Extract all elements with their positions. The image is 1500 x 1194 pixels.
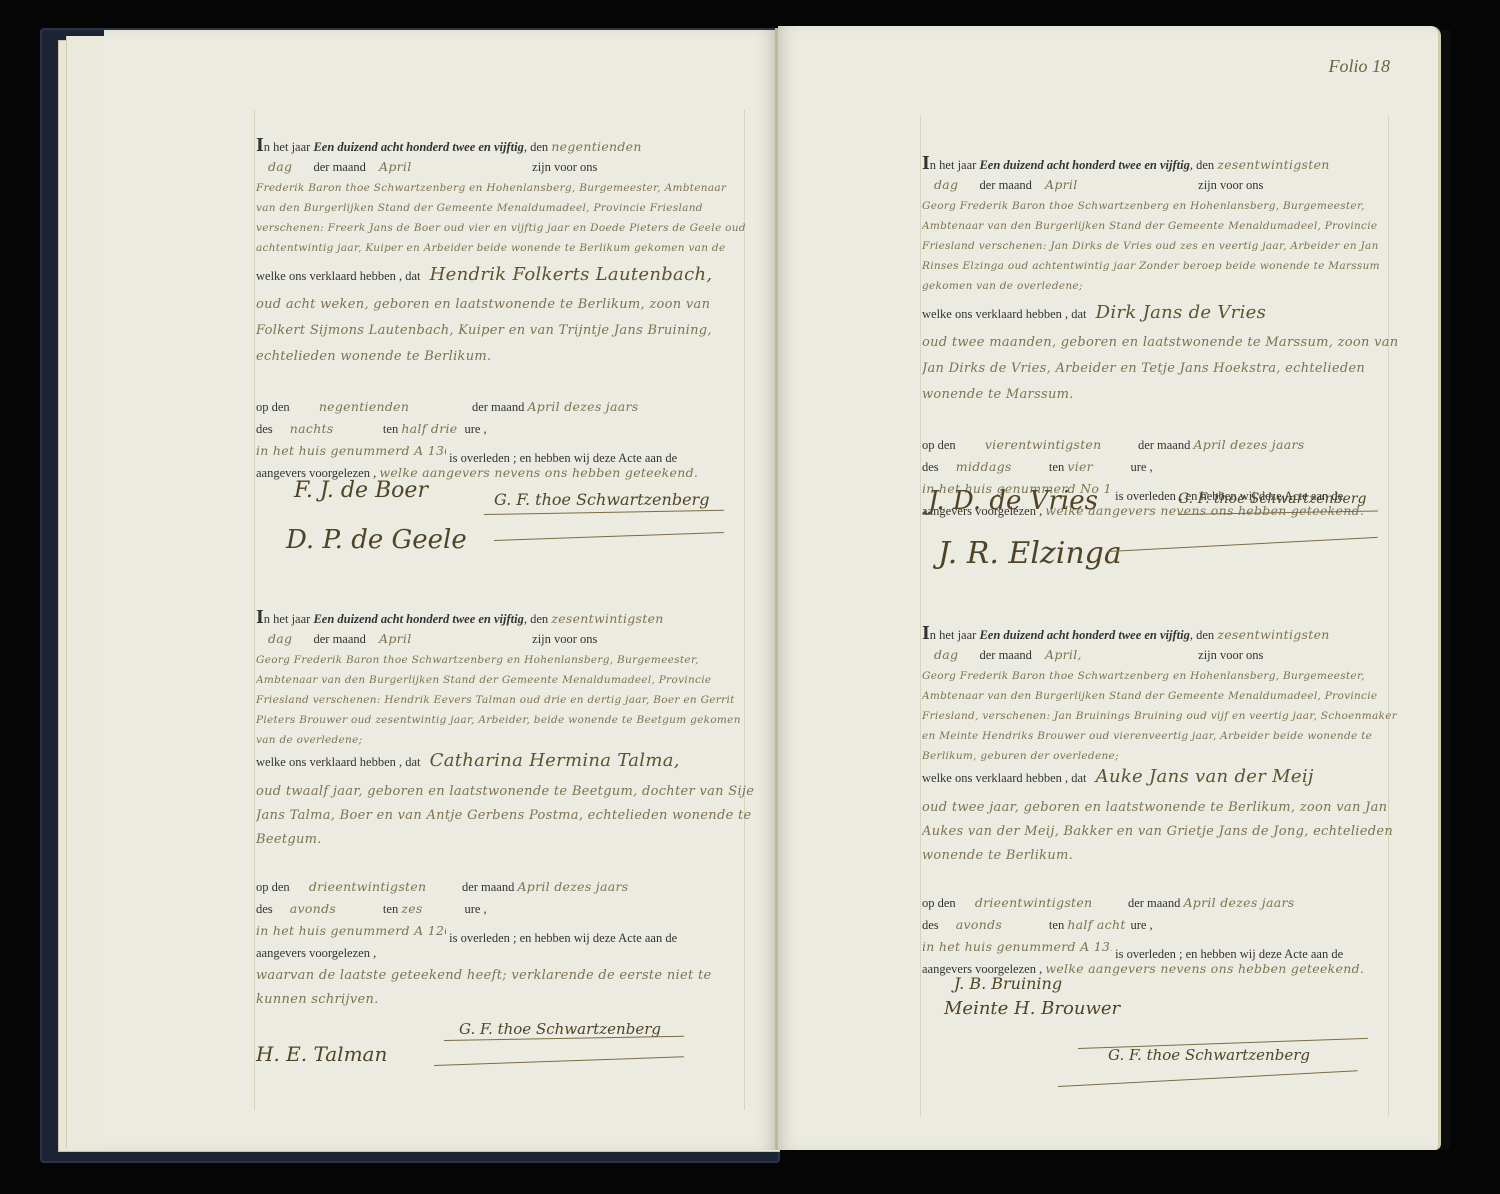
handwritten-hour: zes bbox=[401, 898, 461, 920]
handwritten-death-month: April dezes jaars bbox=[1183, 895, 1294, 910]
form-label: ure , bbox=[464, 422, 486, 436]
handwritten-death-day: drieentwintigsten bbox=[975, 892, 1125, 914]
form-label: der maand bbox=[979, 178, 1031, 192]
handwritten-official-and-declarants: Georg Frederik Baron thoe Schwartzenberg… bbox=[256, 650, 746, 750]
handwritten-hour: half acht bbox=[1067, 914, 1127, 936]
handwritten-dag: dag bbox=[934, 647, 958, 662]
form-label: op den bbox=[922, 896, 956, 910]
form-label: welke ons verklaard hebben , dat bbox=[922, 771, 1087, 785]
right-page: Folio 18 In het jaar Een duizend acht ho… bbox=[778, 26, 1441, 1150]
handwritten-deceased-name: Auke Jans van der Meij bbox=[1096, 766, 1314, 787]
signature-flourish bbox=[1058, 1070, 1358, 1087]
handwritten-time-of-day: middags bbox=[956, 456, 1046, 478]
handwritten-death-month: April dezes jaars bbox=[1193, 437, 1304, 452]
handwritten-time-of-day: avonds bbox=[956, 914, 1046, 936]
handwritten-month: April bbox=[1045, 174, 1195, 196]
official-signature: G. F. thoe Schwartzenberg bbox=[459, 1020, 661, 1038]
signature: H. E. Talman bbox=[256, 1042, 387, 1066]
form-label: des bbox=[256, 902, 273, 916]
handwritten-deceased-name: Hendrik Folkerts Lautenbach, bbox=[430, 264, 713, 285]
death-record-entry: In het jaar Een duizend acht honderd twe… bbox=[922, 152, 1422, 522]
signature: Meinte H. Brouwer bbox=[944, 998, 1120, 1019]
form-label: op den bbox=[256, 880, 290, 894]
form-label: ten bbox=[383, 422, 398, 436]
death-record-entry: In het jaar Een duizend acht honderd twe… bbox=[922, 622, 1422, 980]
signature: J. D. de Vries bbox=[928, 486, 1098, 516]
handwritten-death-day: drieentwintigsten bbox=[309, 876, 459, 898]
form-label: der maand bbox=[462, 880, 514, 894]
form-label: op den bbox=[922, 438, 956, 452]
signature-flourish bbox=[484, 510, 724, 515]
handwritten-deceased-details: oud twee jaar, geboren en laatstwonende … bbox=[922, 796, 1422, 892]
margin-rule bbox=[920, 116, 921, 1116]
handwritten-deceased-name: Dirk Jans de Vries bbox=[1096, 302, 1266, 323]
form-label: aangevers voorgelezen , bbox=[256, 946, 376, 960]
handwritten-month: April bbox=[379, 156, 529, 178]
handwritten-death-day: negentienden bbox=[319, 396, 469, 418]
form-label: op den bbox=[256, 400, 290, 414]
form-label: zijn voor ons bbox=[1198, 648, 1263, 662]
handwritten-month: April bbox=[379, 628, 529, 650]
form-label: der maand bbox=[313, 632, 365, 646]
handwritten-deceased-name: Catharina Hermina Talma, bbox=[430, 750, 680, 771]
handwritten-deceased-details: oud twaalf jaar, geboren en laatstwonend… bbox=[256, 780, 756, 876]
handwritten-day: zesentwintigsten bbox=[1217, 627, 1329, 642]
handwritten-deceased-details: oud acht weken, geboren en laatstwonende… bbox=[256, 292, 756, 396]
form-label: In het jaar Een duizend acht honderd twe… bbox=[256, 612, 548, 626]
form-label: ure , bbox=[1130, 460, 1152, 474]
form-label: ten bbox=[1049, 918, 1064, 932]
handwritten-day: negentienden bbox=[551, 139, 641, 154]
handwritten-place: in het huis genummerd A 131 te Berlikum bbox=[922, 936, 1112, 958]
form-label: In het jaar Een duizend acht honderd twe… bbox=[922, 628, 1214, 642]
handwritten-dag: dag bbox=[268, 631, 292, 646]
signature: D. P. de Geele bbox=[286, 525, 467, 555]
form-label: ten bbox=[383, 902, 398, 916]
form-label: zijn voor ons bbox=[532, 160, 597, 174]
form-label: zijn voor ons bbox=[1198, 178, 1263, 192]
form-label: der maand bbox=[1138, 438, 1190, 452]
left-page: In het jaar Een duizend acht honderd twe… bbox=[104, 30, 776, 1150]
form-label: welke ons verklaard hebben , dat bbox=[256, 269, 421, 283]
handwritten-closing: welke aangevers nevens ons hebben geteek… bbox=[1045, 961, 1364, 976]
handwritten-dag: dag bbox=[268, 159, 292, 174]
signature: F. J. de Boer bbox=[294, 478, 428, 503]
form-label: zijn voor ons bbox=[532, 632, 597, 646]
handwritten-time-of-day: nachts bbox=[290, 418, 380, 440]
form-label: der maand bbox=[313, 160, 365, 174]
official-signature: G. F. thoe Schwartzenberg bbox=[1178, 491, 1367, 507]
handwritten-hour: vier bbox=[1067, 456, 1127, 478]
signature-flourish bbox=[434, 1056, 684, 1066]
signature-flourish bbox=[1108, 537, 1378, 552]
form-label: ten bbox=[1049, 460, 1064, 474]
handwritten-time-of-day: avonds bbox=[290, 898, 380, 920]
handwritten-place: in het huis genummerd A 120 te Beetgum bbox=[256, 920, 446, 942]
handwritten-death-day: vierentwintigsten bbox=[985, 434, 1135, 456]
form-label: In het jaar Een duizend acht honderd twe… bbox=[922, 158, 1214, 172]
folio-number: Folio 18 bbox=[1329, 56, 1391, 77]
official-signature: G. F. thoe Schwartzenberg bbox=[1108, 1046, 1310, 1064]
handwritten-deceased-details: oud twee maanden, geboren en laatstwonen… bbox=[922, 330, 1422, 434]
handwritten-day: zesentwintigsten bbox=[551, 611, 663, 626]
handwritten-month: April, bbox=[1045, 644, 1195, 666]
form-label: des bbox=[256, 422, 273, 436]
form-label: der maand bbox=[472, 400, 524, 414]
form-label: ure , bbox=[1130, 918, 1152, 932]
form-label: welke ons verklaard hebben , dat bbox=[256, 755, 421, 769]
form-label: des bbox=[922, 918, 939, 932]
signature: J. B. Bruining bbox=[954, 974, 1062, 993]
death-record-entry: In het jaar Een duizend acht honderd twe… bbox=[256, 606, 756, 1036]
handwritten-place: in het huis genummerd A 130 te Berlikum bbox=[256, 440, 446, 462]
form-label: ure , bbox=[464, 902, 486, 916]
form-label: des bbox=[922, 460, 939, 474]
handwritten-official-and-declarants: Georg Frederik Baron thoe Schwartzenberg… bbox=[922, 666, 1412, 766]
form-label: der maand bbox=[979, 648, 1031, 662]
handwritten-hour: half drie bbox=[401, 418, 461, 440]
handwritten-death-month: April dezes jaars bbox=[527, 399, 638, 414]
death-record-entry: In het jaar Een duizend acht honderd twe… bbox=[256, 134, 756, 484]
handwritten-dag: dag bbox=[934, 177, 958, 192]
form-label: welke ons verklaard hebben , dat bbox=[922, 307, 1087, 321]
handwritten-official-and-declarants: Frederik Baron thoe Schwartzenberg en Ho… bbox=[256, 178, 746, 258]
official-signature: G. F. thoe Schwartzenberg bbox=[494, 490, 709, 509]
handwritten-day: zesentwintigsten bbox=[1217, 157, 1329, 172]
signature-flourish bbox=[494, 532, 724, 541]
handwritten-official-and-declarants: Georg Frederik Baron thoe Schwartzenberg… bbox=[922, 196, 1412, 296]
margin-rule bbox=[254, 110, 255, 1110]
handwritten-death-month: April dezes jaars bbox=[517, 879, 628, 894]
form-label: In het jaar Een duizend acht honderd twe… bbox=[256, 140, 548, 154]
signature: J. R. Elzinga bbox=[938, 536, 1122, 571]
form-label: der maand bbox=[1128, 896, 1180, 910]
